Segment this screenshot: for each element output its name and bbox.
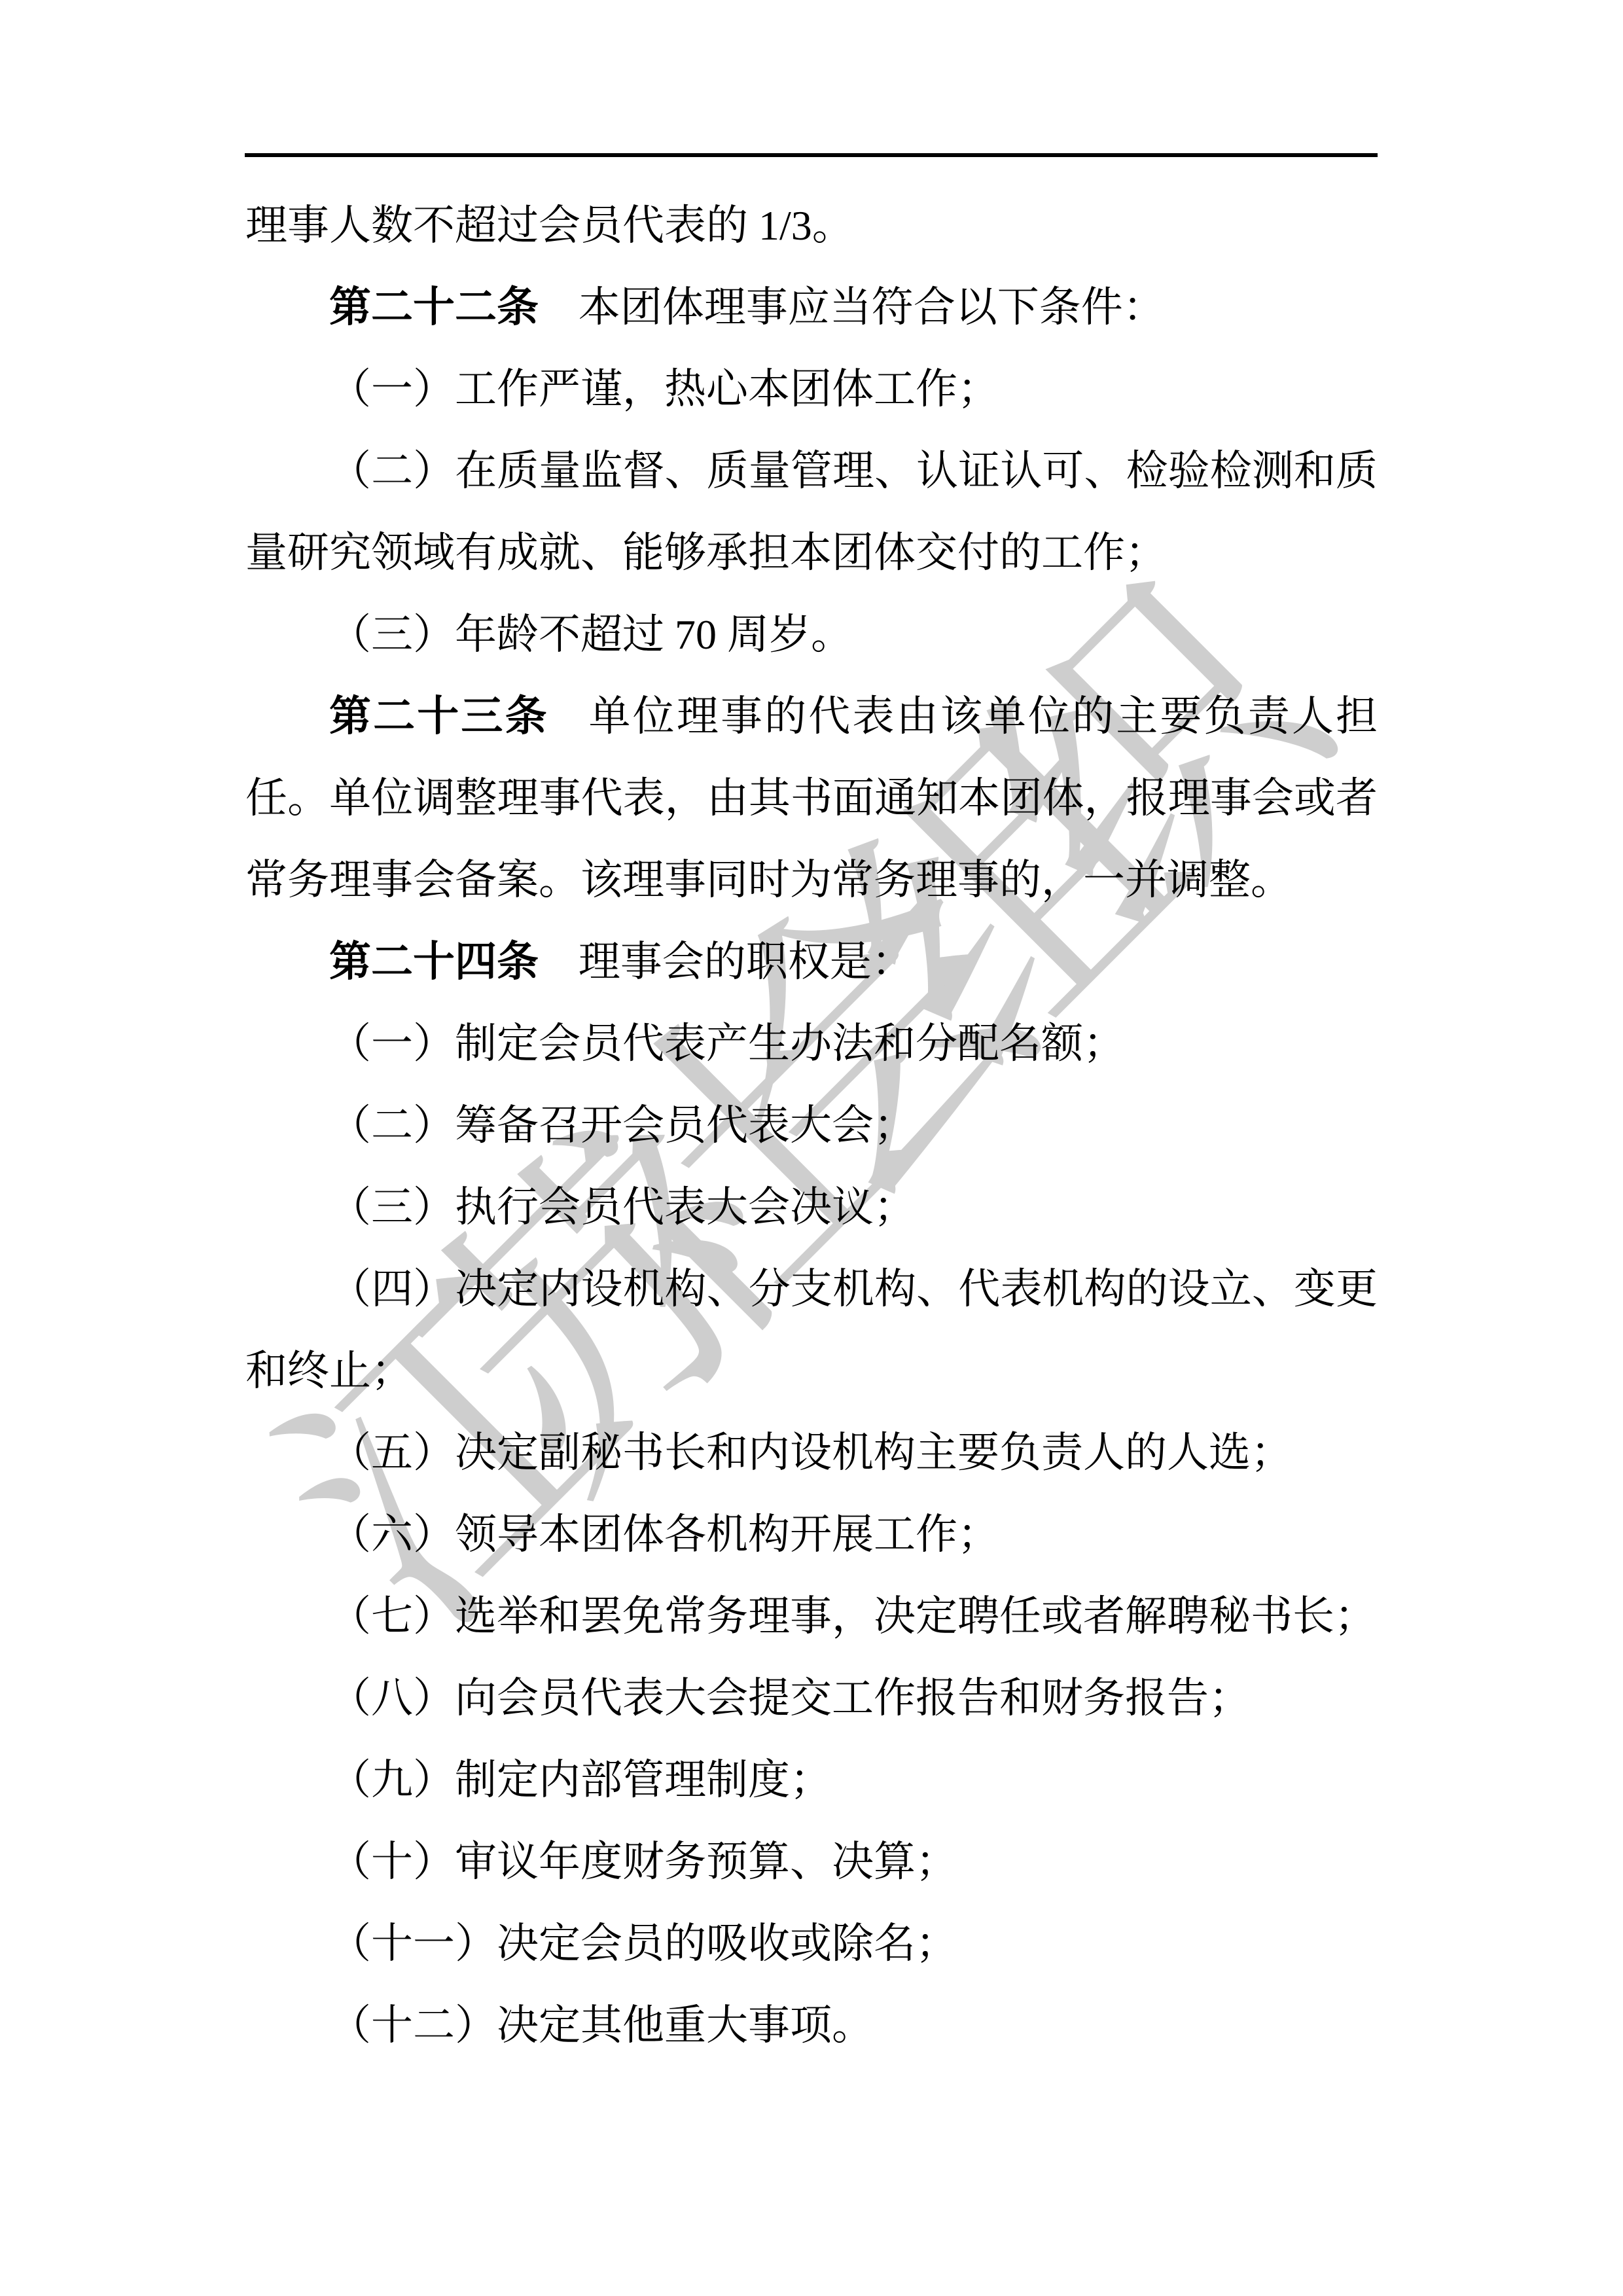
paragraph: （三）年龄不超过 70 周岁。 [245, 594, 1378, 675]
paragraph: （十）审议年度财务预算、决算； [245, 1821, 1378, 1903]
paragraph: （八）向会员代表大会提交工作报告和财务报告； [245, 1657, 1378, 1739]
paragraph: （十二）决定其他重大事项。 [245, 1984, 1378, 2066]
paragraph: （一）工作严谨，热心本团体工作； [245, 348, 1378, 430]
paragraph: （二）筹备召开会员代表大会； [245, 1085, 1378, 1166]
paragraph: （三）执行会员代表大会决议； [245, 1166, 1378, 1248]
header-rule [245, 153, 1378, 157]
paragraph: 理事人数不超过会员代表的 1/3。 [245, 185, 1378, 266]
article-number: 第二十二条 [329, 283, 539, 331]
paragraph: （七）选举和罢免常务理事，决定聘任或者解聘秘书长； [245, 1575, 1378, 1657]
article-paragraph: 第二十四条理事会的职权是： [245, 921, 1378, 1003]
document-page: 江苏社会组织 理事人数不超过会员代表的 1/3。第二十二条本团体理事应当符合以下… [0, 0, 1623, 2296]
document-body: 理事人数不超过会员代表的 1/3。第二十二条本团体理事应当符合以下条件：（一）工… [245, 185, 1378, 2066]
paragraph: （九）制定内部管理制度； [245, 1739, 1378, 1821]
article-paragraph: 第二十二条本团体理事应当符合以下条件： [245, 266, 1378, 348]
article-paragraph: 第二十三条单位理事的代表由该单位的主要负责人担任。单位调整理事代表，由其书面通知… [245, 675, 1378, 921]
paragraph: （五）决定副秘书长和内设机构主要负责人的人选； [245, 1412, 1378, 1494]
paragraph: （二）在质量监督、质量管理、认证认可、检验检测和质量研究领域有成就、能够承担本团… [245, 430, 1378, 594]
article-number: 第二十三条 [329, 692, 549, 740]
paragraph: （一）制定会员代表产生办法和分配名额； [245, 1003, 1378, 1085]
article-number: 第二十四条 [329, 938, 539, 985]
paragraph: （六）领导本团体各机构开展工作； [245, 1494, 1378, 1575]
paragraph: （十一）决定会员的吸收或除名； [245, 1903, 1378, 1984]
paragraph: （四）决定内设机构、分支机构、代表机构的设立、变更和终止； [245, 1248, 1378, 1412]
